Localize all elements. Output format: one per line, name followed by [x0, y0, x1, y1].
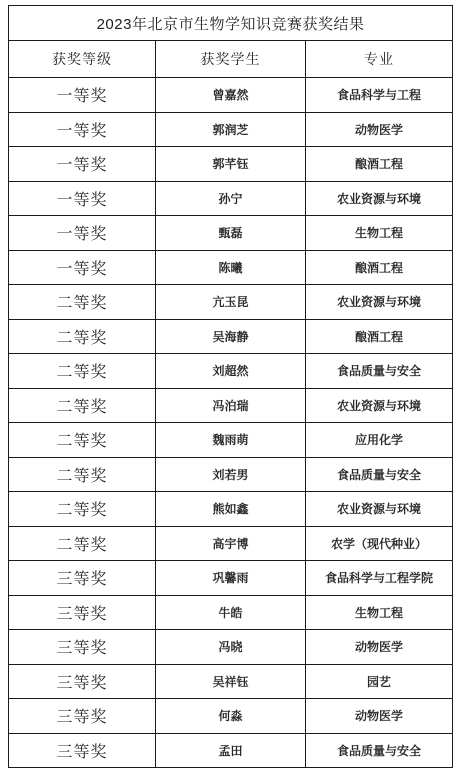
table-row: 二等奖冯泊瑞农业资源与环境: [9, 388, 453, 423]
award-level-cell: 一等奖: [9, 250, 156, 285]
student-name-cell: 吴祥钰: [156, 664, 306, 699]
table-row: 二等奖刘超然食品质量与安全: [9, 354, 453, 389]
major-cell: 农业资源与环境: [306, 492, 453, 527]
award-level-cell: 二等奖: [9, 354, 156, 389]
table-row: 一等奖曾嘉然食品科学与工程: [9, 78, 453, 113]
student-name-cell: 孟田: [156, 733, 306, 768]
student-name-cell: 冯泊瑞: [156, 388, 306, 423]
student-name-cell: 魏雨萌: [156, 423, 306, 458]
table-row: 一等奖甄磊生物工程: [9, 216, 453, 251]
award-level-cell: 二等奖: [9, 526, 156, 561]
major-cell: 动物医学: [306, 630, 453, 665]
major-cell: 生物工程: [306, 216, 453, 251]
award-level-cell: 三等奖: [9, 595, 156, 630]
header-row: 获奖等级 获奖学生 专业: [9, 41, 453, 78]
award-level-cell: 二等奖: [9, 492, 156, 527]
major-cell: 动物医学: [306, 699, 453, 734]
student-name-cell: 巩馨雨: [156, 561, 306, 596]
table-row: 二等奖吴海静酿酒工程: [9, 319, 453, 354]
award-level-cell: 一等奖: [9, 181, 156, 216]
table-row: 三等奖孟田食品质量与安全: [9, 733, 453, 768]
student-name-cell: 何淼: [156, 699, 306, 734]
table-row: 三等奖何淼动物医学: [9, 699, 453, 734]
table-row: 一等奖孙宁农业资源与环境: [9, 181, 453, 216]
award-level-cell: 三等奖: [9, 664, 156, 699]
student-name-cell: 刘超然: [156, 354, 306, 389]
award-level-cell: 二等奖: [9, 457, 156, 492]
major-cell: 农学（现代种业）: [306, 526, 453, 561]
column-header-student: 获奖学生: [156, 41, 306, 78]
table-row: 一等奖陈曦酿酒工程: [9, 250, 453, 285]
column-header-major: 专业: [306, 41, 453, 78]
student-name-cell: 高宇博: [156, 526, 306, 561]
student-name-cell: 牛皓: [156, 595, 306, 630]
title-row: 2023年北京市生物学知识竞赛获奖结果: [9, 6, 453, 41]
award-level-cell: 一等奖: [9, 147, 156, 182]
page: 2023年北京市生物学知识竞赛获奖结果 获奖等级 获奖学生 专业 一等奖曾嘉然食…: [0, 0, 460, 772]
award-level-cell: 二等奖: [9, 423, 156, 458]
table-row: 二等奖魏雨萌应用化学: [9, 423, 453, 458]
table-row: 二等奖亢玉昆农业资源与环境: [9, 285, 453, 320]
table-row: 二等奖高宇博农学（现代种业）: [9, 526, 453, 561]
major-cell: 农业资源与环境: [306, 285, 453, 320]
award-level-cell: 三等奖: [9, 733, 156, 768]
student-name-cell: 郭润芝: [156, 112, 306, 147]
major-cell: 食品质量与安全: [306, 457, 453, 492]
student-name-cell: 冯晓: [156, 630, 306, 665]
table-body: 一等奖曾嘉然食品科学与工程一等奖郭润芝动物医学一等奖郭芊钰酿酒工程一等奖孙宁农业…: [9, 78, 453, 768]
table-row: 二等奖刘若男食品质量与安全: [9, 457, 453, 492]
award-level-cell: 三等奖: [9, 561, 156, 596]
table-title: 2023年北京市生物学知识竞赛获奖结果: [9, 6, 453, 41]
award-level-cell: 一等奖: [9, 78, 156, 113]
student-name-cell: 刘若男: [156, 457, 306, 492]
table-row: 二等奖熊如鑫农业资源与环境: [9, 492, 453, 527]
awards-table: 2023年北京市生物学知识竞赛获奖结果 获奖等级 获奖学生 专业 一等奖曾嘉然食…: [8, 5, 453, 768]
award-level-cell: 三等奖: [9, 699, 156, 734]
major-cell: 食品质量与安全: [306, 354, 453, 389]
column-header-award-level: 获奖等级: [9, 41, 156, 78]
student-name-cell: 吴海静: [156, 319, 306, 354]
table-row: 一等奖郭芊钰酿酒工程: [9, 147, 453, 182]
student-name-cell: 郭芊钰: [156, 147, 306, 182]
major-cell: 应用化学: [306, 423, 453, 458]
major-cell: 食品质量与安全: [306, 733, 453, 768]
award-level-cell: 一等奖: [9, 216, 156, 251]
student-name-cell: 亢玉昆: [156, 285, 306, 320]
major-cell: 生物工程: [306, 595, 453, 630]
major-cell: 动物医学: [306, 112, 453, 147]
award-level-cell: 三等奖: [9, 630, 156, 665]
major-cell: 农业资源与环境: [306, 388, 453, 423]
major-cell: 食品科学与工程学院: [306, 561, 453, 596]
table-row: 三等奖吴祥钰园艺: [9, 664, 453, 699]
table-row: 三等奖巩馨雨食品科学与工程学院: [9, 561, 453, 596]
table-row: 三等奖牛皓生物工程: [9, 595, 453, 630]
award-level-cell: 二等奖: [9, 285, 156, 320]
award-level-cell: 一等奖: [9, 112, 156, 147]
major-cell: 酿酒工程: [306, 147, 453, 182]
major-cell: 农业资源与环境: [306, 181, 453, 216]
major-cell: 食品科学与工程: [306, 78, 453, 113]
major-cell: 酿酒工程: [306, 319, 453, 354]
table-row: 一等奖郭润芝动物医学: [9, 112, 453, 147]
major-cell: 园艺: [306, 664, 453, 699]
award-level-cell: 二等奖: [9, 388, 156, 423]
student-name-cell: 熊如鑫: [156, 492, 306, 527]
student-name-cell: 甄磊: [156, 216, 306, 251]
table-row: 三等奖冯晓动物医学: [9, 630, 453, 665]
student-name-cell: 孙宁: [156, 181, 306, 216]
student-name-cell: 陈曦: [156, 250, 306, 285]
student-name-cell: 曾嘉然: [156, 78, 306, 113]
award-level-cell: 二等奖: [9, 319, 156, 354]
major-cell: 酿酒工程: [306, 250, 453, 285]
